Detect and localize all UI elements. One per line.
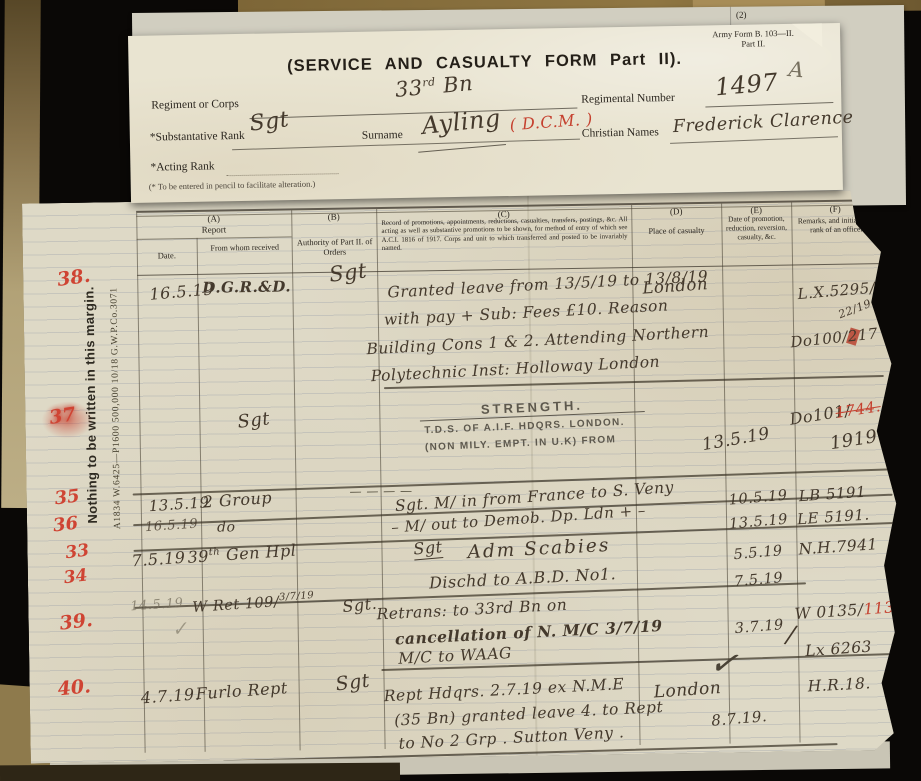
decoration-dcm-red: ( D.C.M. ) bbox=[509, 109, 593, 134]
col-a-title: Report bbox=[136, 223, 291, 235]
entry-39-from-sup: 3/7/19 bbox=[279, 590, 315, 603]
margin-entry-number: 33 bbox=[64, 540, 90, 563]
margin-entry-number: 38. bbox=[56, 265, 92, 291]
entry-38-remark-superscript: 22/19 bbox=[837, 297, 874, 321]
header-bottom-rule bbox=[137, 263, 879, 276]
entry-39-remark: W 0135/113 bbox=[794, 598, 895, 623]
margin-entry-number: 37 bbox=[48, 403, 78, 429]
regiment-label: Regiment or Corps bbox=[151, 98, 239, 112]
entry-40-date: 4.7.19. bbox=[140, 684, 201, 707]
background-dark-strip-bottom bbox=[0, 763, 400, 781]
margin-entry-number: 34 bbox=[63, 565, 89, 588]
regiment-number-part: 33 bbox=[394, 75, 424, 101]
entry-39-remark-main: W 0135/ bbox=[794, 600, 864, 623]
surname-flourish-underline bbox=[418, 144, 506, 153]
entry-33-from-sup: th bbox=[208, 546, 220, 558]
entry-38-from: D.G.R.&D. bbox=[202, 277, 291, 296]
form-footnote: (* To be entered in pencil to facilitate… bbox=[149, 179, 316, 192]
margin-print-code-vertical: A1834 W.6425—P1600 500,000 10/18 G.W.P.C… bbox=[109, 240, 124, 576]
entry-40-effect-date: 8.7.19. bbox=[711, 707, 768, 730]
entry-33-from-rest: Gen Hpl bbox=[225, 541, 297, 565]
entry-33-rank: Sgt bbox=[413, 537, 444, 560]
entry-33-remark: N.H.7941 bbox=[798, 535, 878, 558]
entry-33-from: 39th Gen Hpl bbox=[187, 541, 297, 567]
entry-40-from: Furlo Rept bbox=[195, 678, 288, 703]
surname-label: Surname bbox=[362, 129, 403, 142]
entry-40-remark: H.R.18. bbox=[807, 674, 871, 695]
entry-39-remark-red: 113 bbox=[863, 598, 895, 618]
entry-34-record: Dischd to A.B.D. No1. bbox=[429, 564, 617, 592]
surname-value: Ayling bbox=[420, 104, 502, 140]
fill-line bbox=[705, 102, 833, 108]
entry-39-effect-date: 3.7.19 bbox=[734, 617, 784, 637]
acting-rank-fill-line bbox=[227, 172, 339, 176]
under-sheet-page-number: (2) bbox=[736, 10, 747, 20]
entry-34-effect-date: 7.5.19 bbox=[733, 570, 783, 590]
col-a-from-label: From whom received bbox=[199, 242, 291, 253]
acting-rank-label: *Acting Rank bbox=[150, 160, 214, 173]
entry-36-date: 16.5.19 bbox=[145, 517, 199, 536]
col-b-title: Authority of Part II. of Orders bbox=[295, 237, 375, 257]
christian-names-value: Frederick Clarence bbox=[672, 108, 854, 138]
entry-33-effect-date: 5.5.19 bbox=[733, 543, 783, 563]
col-d-letter: (D) bbox=[631, 206, 721, 217]
col-c-title: Record of promotions, appointments, redu… bbox=[381, 216, 627, 253]
col-divider-a-b bbox=[291, 210, 300, 750]
entry-35-from: 2 Group bbox=[202, 488, 273, 512]
stamp-line-note: (NON MILY. EMPT. IN U.K) FROM bbox=[425, 434, 617, 453]
col-a-date-label: Date. bbox=[137, 250, 197, 261]
entry-33-record: Adm Scabies bbox=[467, 535, 611, 563]
entry-40-authority-rank: Sgt bbox=[334, 670, 371, 696]
margin-entry-number: 39. bbox=[58, 609, 93, 635]
table-border-left bbox=[136, 213, 145, 753]
regiment-ordinal-sup: rd bbox=[422, 75, 436, 89]
pencil-annotation-a: A bbox=[788, 57, 806, 82]
regimental-number-label: Regimental Number bbox=[581, 92, 675, 106]
entry-38-authority-rank: Sgt bbox=[328, 258, 368, 286]
margin-entry-number: 35 bbox=[53, 486, 80, 510]
entry-35-remark: LB 5191 bbox=[798, 483, 867, 506]
fill-line bbox=[670, 136, 838, 144]
entry-39-pen-slash: / bbox=[785, 620, 797, 649]
entry-38-remark: Do100/217 bbox=[790, 324, 879, 351]
entry-38-record-line: with pay + Sub: Fees £10. Reason bbox=[384, 297, 669, 329]
entry-40-record-line: to No 2 Grp . Sutton Veny . bbox=[398, 723, 625, 752]
christian-names-label: Christian Names bbox=[582, 126, 659, 139]
fill-line bbox=[232, 139, 580, 151]
strength-stamp: STRENGTH. T.D.S. OF A.I.F. HDQRS. LONDON… bbox=[419, 395, 654, 405]
entry-39-date: 14.5.19 bbox=[130, 596, 184, 615]
casualty-form-ledger-sheet: Nothing to be written in this margin. A1… bbox=[22, 190, 903, 764]
col-f-title: Remarks, and initials and rank of an off… bbox=[794, 215, 878, 234]
record-table: (A) Report Date. From whom received (B) … bbox=[136, 199, 890, 758]
entry-38-place: London bbox=[642, 274, 709, 297]
service-casualty-form-header: Army Form B. 103—II. Part II. (SERVICE A… bbox=[128, 23, 843, 203]
entry-39-authority-rank: Sgt. bbox=[341, 594, 377, 616]
entry-33-from-num: 39 bbox=[187, 546, 210, 566]
regimental-number-value: 1497 bbox=[714, 68, 779, 101]
regiment-value: 33rd Bn bbox=[394, 71, 474, 102]
entry-39-from-main: W Ret 109/ bbox=[192, 594, 280, 616]
header-a-subdivider bbox=[137, 236, 292, 239]
entry-39-record-line: Retrans: to 33rd Bn on bbox=[376, 596, 568, 624]
entry-36-from: do bbox=[217, 519, 236, 535]
col-b-letter: (B) bbox=[291, 211, 376, 222]
entry-38-record-line: Polytechnic Inst: Holloway London bbox=[370, 353, 660, 386]
entry-37-remark-year: 1919 bbox=[828, 426, 878, 454]
regiment-unit-part: Bn bbox=[442, 71, 474, 98]
substantive-rank-value: Sgt bbox=[248, 107, 290, 137]
scanned-service-record-photo: (2) Regtl. No. Nothing to be written in … bbox=[0, 0, 921, 781]
army-form-reference: Army Form B. 103—II. Part II. bbox=[673, 27, 833, 50]
entry-39-record-line: M/C to WAAG bbox=[398, 644, 513, 668]
entry-39-record-line: cancellation of N. M/C 3/7/19 bbox=[394, 616, 662, 649]
margin-entry-number: 40. bbox=[57, 675, 92, 700]
substantive-rank-label: *Substantative Rank bbox=[150, 130, 245, 144]
entry-37-rank: Sgt bbox=[236, 408, 271, 433]
entry-40-pen-check: ✓ bbox=[707, 642, 741, 685]
col-d-title: Place of casualty bbox=[641, 226, 711, 237]
entry-33-date: 7.5.19 bbox=[131, 548, 186, 571]
entry-37-effect-date: 13.5.19 bbox=[701, 424, 772, 455]
col-e-title: Date of promotion, reduction, reversion,… bbox=[725, 215, 787, 242]
margin-entry-number: 36 bbox=[52, 513, 79, 537]
entry-39-pencil-check: ✓ bbox=[170, 617, 190, 641]
